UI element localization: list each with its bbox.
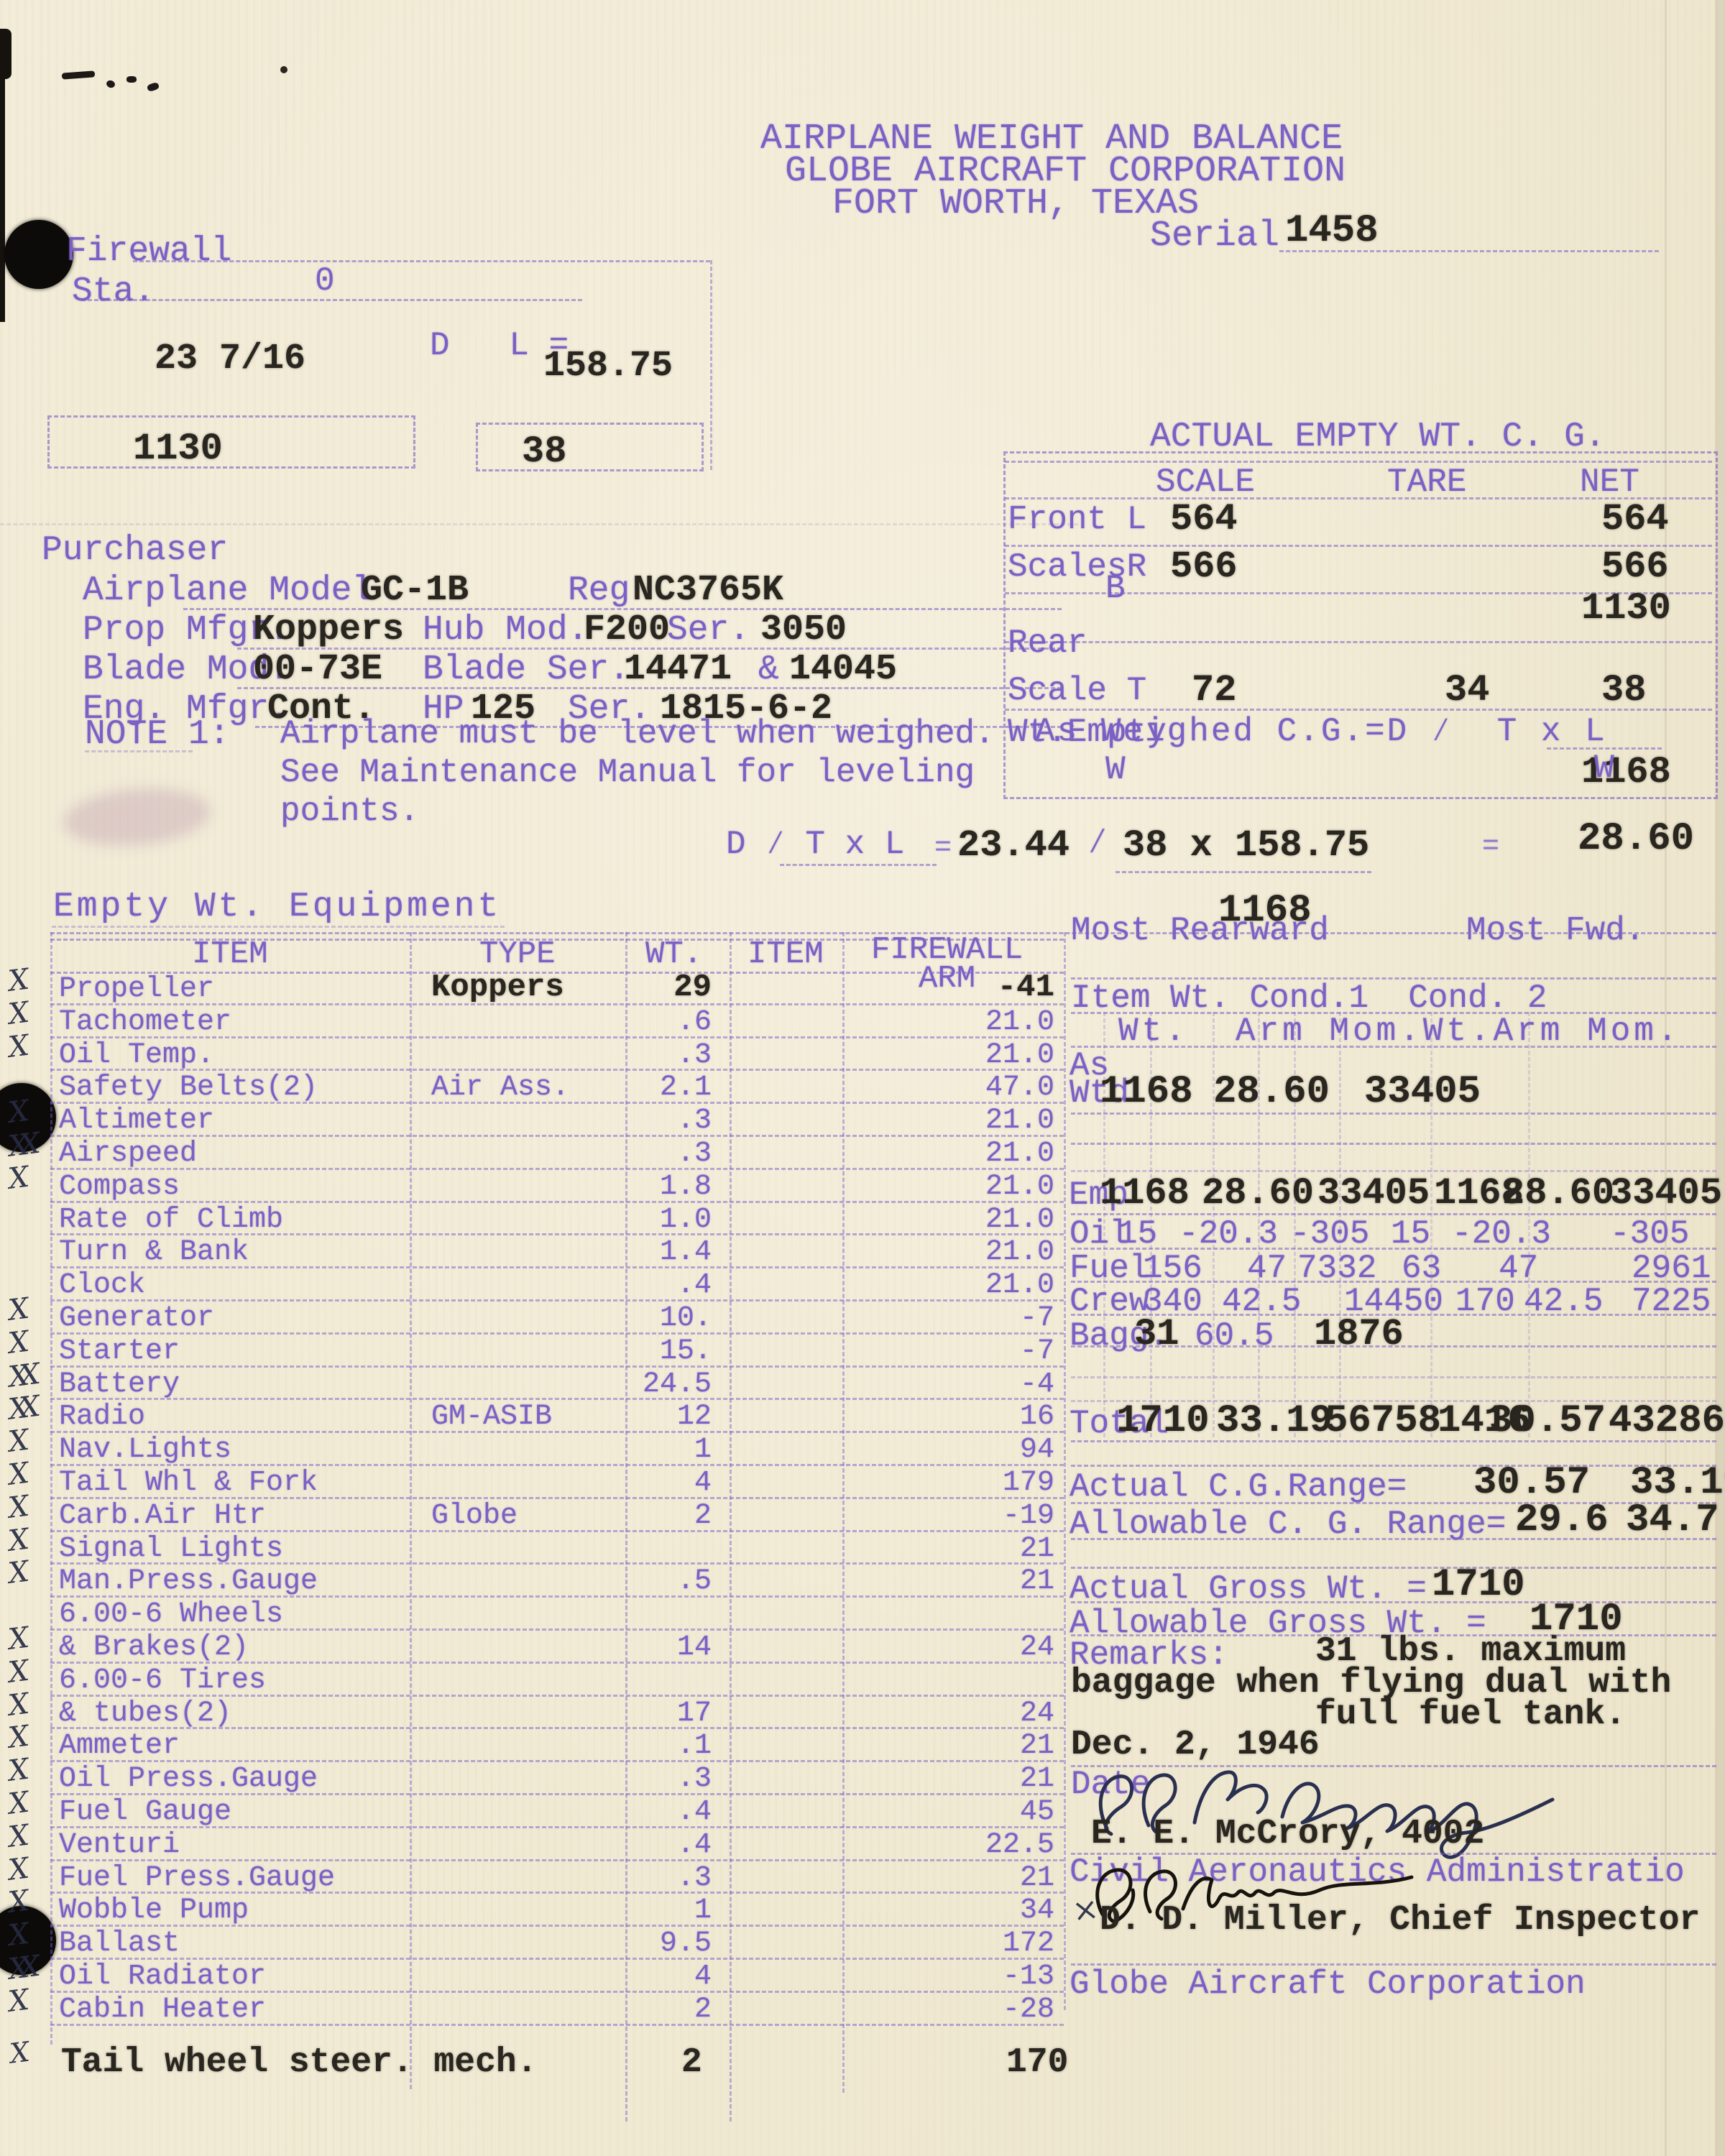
col-header-item2: ITEM <box>747 939 824 972</box>
cond-rule-k <box>1071 1345 1716 1347</box>
weight-cell: .3 <box>618 1106 712 1136</box>
equipment-row: X Propeller Koppers 29 -41 <box>50 972 1064 1005</box>
most-rearward-header: Most Rearward <box>1071 914 1329 949</box>
emp-wt1: 1168 <box>1100 1174 1190 1213</box>
formula-eq1: = <box>934 834 952 864</box>
check-mark: X <box>7 1756 22 1787</box>
item-cell: Cabin Heater <box>59 1995 266 2025</box>
arm-cell: 34 <box>842 1896 1054 1926</box>
equipment-row: XX Battery 24.5 -4 <box>50 1368 1064 1401</box>
equipment-row: X Starter 15. -7 <box>50 1335 1064 1368</box>
cond-rule-n <box>1071 1440 1716 1442</box>
org-name: Globe Aircraft Corporation <box>1069 1968 1586 2002</box>
item-cell: Airspeed <box>59 1139 197 1169</box>
total-arm2: 30.57 <box>1489 1401 1606 1442</box>
check-mark: X <box>7 1559 22 1590</box>
weight-cell: .6 <box>618 1008 712 1038</box>
weight-cell: .5 <box>618 1567 712 1597</box>
weight-cell: .3 <box>618 1864 712 1894</box>
weight-cell: 9.5 <box>618 1929 712 1959</box>
equipment-row: X Carb.Air Htr Globe 2 -19 <box>50 1499 1064 1532</box>
cond-rule-l <box>1071 1376 1716 1378</box>
arm-cell: 21 <box>842 1864 1054 1894</box>
diagram-vertical-line <box>710 260 712 470</box>
front-l-label: Front L <box>1008 503 1146 538</box>
check-mark: X <box>7 1032 22 1063</box>
weight-cell: .3 <box>618 1139 712 1169</box>
equipment-row: Turn & Bank 1.4 21.0 <box>50 1235 1064 1268</box>
col-header-item: ITEM <box>192 939 268 972</box>
arm-cell: 21.0 <box>842 1205 1054 1235</box>
sum-rule-d <box>1071 1567 1716 1569</box>
scale-t-net: 38 <box>1601 671 1646 710</box>
bagg-mom1: 1876 <box>1314 1315 1404 1354</box>
weight-cell: .3 <box>618 1041 712 1071</box>
arm-cell: -4 <box>842 1370 1054 1400</box>
equipment-rows: X Propeller Koppers 29 -41 X Tachometer … <box>50 972 1064 2026</box>
item-cell: Ballast <box>59 1929 180 1959</box>
equipment-row: X Compass 1.8 21.0 <box>50 1170 1064 1203</box>
arm-cell: 21 <box>842 1764 1054 1795</box>
cond-rule-e <box>1071 1143 1716 1145</box>
scales-r-net: 566 <box>1601 548 1669 586</box>
note-underline <box>85 750 193 752</box>
check-mark: X <box>7 1624 22 1655</box>
scale-t-label: Scale T <box>1008 674 1146 709</box>
equipment-row: X Fuel Gauge .4 45 <box>50 1795 1064 1828</box>
formula-lhs-underline <box>780 864 937 866</box>
scan-edge-strip <box>0 63 5 322</box>
equipment-row: Clock .4 21.0 <box>50 1268 1064 1302</box>
cond-header1: Item Wt. Cond.1 Cond. 2 <box>1071 982 1547 1016</box>
item-cell: 6.00-6 Tires <box>59 1666 266 1696</box>
bagg-wt1: 31 <box>1134 1315 1179 1354</box>
front-net-value: 1130 <box>133 430 223 469</box>
arm-cell: 21.0 <box>842 1008 1054 1038</box>
tare-col-header: TARE <box>1387 466 1466 500</box>
hub-mod-label: Hub Mod. <box>423 613 588 649</box>
check-mark: X <box>7 1295 22 1326</box>
arm-cell: 47.0 <box>842 1073 1054 1103</box>
check-mark: X <box>7 1855 22 1886</box>
arm-cell: 16 <box>842 1402 1054 1432</box>
weight-cell: 2 <box>618 1501 712 1531</box>
sum-rule-b <box>1071 1502 1716 1504</box>
as-wtd-wt: 1168 <box>1100 1072 1193 1112</box>
prop-mfgr-value: Koppers <box>253 612 404 649</box>
item-cell: Safety Belts(2) <box>59 1073 318 1103</box>
weight-cell: 15. <box>618 1337 712 1367</box>
item-cell: Nav.Lights <box>59 1435 231 1465</box>
blade-mod-value: 00-73E <box>253 651 382 688</box>
sta-zero-value: 0 <box>315 264 335 299</box>
allowable-cg-value1: 29.6 <box>1515 1501 1609 1541</box>
arm-cell: -7 <box>842 1304 1054 1334</box>
airplane-model-label: Airplane Model <box>83 573 372 609</box>
equipment-row: X Generator 10. -7 <box>50 1302 1064 1335</box>
emp-arm2: 28.60 <box>1502 1174 1614 1213</box>
allowable-cg-label: Allowable C. G. Range= <box>1069 1508 1506 1542</box>
check-mark: XX <box>7 1360 33 1393</box>
weight-cell: 1.4 <box>618 1238 712 1268</box>
table-border-right <box>1064 932 1066 2010</box>
w-row-label: W <box>1105 753 1126 788</box>
pen-mark <box>126 76 137 83</box>
rear-net-box <box>476 423 704 471</box>
type-cell: GM-ASIB <box>431 1402 552 1432</box>
item-cell: Compass <box>59 1172 180 1202</box>
emp-mom2: 33405 <box>1610 1174 1722 1213</box>
cond-rule-d <box>1071 1112 1716 1115</box>
equipment-row: X Signal Lights 21 <box>50 1532 1064 1565</box>
arm-cell: -19 <box>842 1501 1054 1531</box>
inspector2-name: D. D. Miller, Chief Inspector <box>1100 1903 1700 1939</box>
note-line3: points. <box>280 795 419 829</box>
most-fwd-header: Most Fwd. <box>1466 914 1644 949</box>
arm-cell: -7 <box>842 1337 1054 1367</box>
equipment-row: XX Oil Radiator 4 -13 <box>50 1960 1064 1993</box>
weight-cell: 2.1 <box>618 1073 712 1103</box>
equipment-row: X Tachometer .6 21.0 <box>50 1005 1064 1038</box>
wheelbase-dim-value: 23 7/16 <box>155 341 305 378</box>
serial-value: 1458 <box>1285 211 1379 252</box>
col-header-wt: WT. <box>645 939 702 972</box>
col-header-type: TYPE <box>479 939 556 972</box>
check-mark: XX <box>7 1130 33 1162</box>
weight-cell: 17 <box>618 1699 712 1729</box>
item-cell: Battery <box>59 1370 180 1400</box>
item-cell: Wobble Pump <box>59 1896 249 1926</box>
punch-hole-top <box>4 220 73 289</box>
weight-cell: 4 <box>618 1468 712 1498</box>
hub-mod-value: F200 <box>584 612 670 649</box>
total-wt1: 1710 <box>1116 1401 1210 1442</box>
blade-ser-value1: 14471 <box>624 651 732 688</box>
arm-cell: -41 <box>842 972 1054 1005</box>
total-arm1: 33.19 <box>1216 1401 1333 1442</box>
item-cell: Venturi <box>59 1830 180 1861</box>
serial-label: Serial <box>1150 218 1279 255</box>
formula-slash: ∕ <box>1087 825 1108 862</box>
firewall-label: Firewall <box>66 234 231 270</box>
weight-cell: 2 <box>618 1995 712 2025</box>
check-mark: X <box>7 1493 22 1524</box>
total-mom2: 43286 <box>1609 1401 1725 1442</box>
arm-cell: 21 <box>842 1567 1054 1597</box>
arm-cell: 21.0 <box>842 1271 1054 1301</box>
equipment-row: Safety Belts(2) Air Ass. 2.1 47.0 <box>50 1071 1064 1104</box>
equipment-row: XX Airspeed .3 21.0 <box>50 1137 1064 1170</box>
allowable-cg-value2: 34.7 <box>1626 1501 1719 1541</box>
equipment-title-underline <box>52 926 505 928</box>
equipment-title: Empty Wt. Equipment <box>53 890 501 926</box>
reg-value: NC3765K <box>632 572 783 609</box>
crease-line <box>0 523 1078 525</box>
item-cell: Radio <box>59 1402 145 1432</box>
total-mom1: 56758 <box>1325 1401 1441 1442</box>
type-cell: Koppers <box>431 972 564 1005</box>
item-cell: Tachometer <box>59 1008 231 1038</box>
equipment-row: X Cabin Heater 2 -28 <box>50 1993 1064 2026</box>
remarks-line3: full fuel tank. <box>1315 1697 1626 1733</box>
weight-cell: .4 <box>618 1830 712 1861</box>
front-l-net: 564 <box>1601 500 1669 539</box>
equipment-row: X Ammeter .1 21 <box>50 1729 1064 1762</box>
diagram-line-top <box>133 260 710 262</box>
weight-cell: .3 <box>618 1764 712 1795</box>
weight-and-balance-form: AIRPLANE WEIGHT AND BALANCE GLOBE AIRCRA… <box>0 0 1725 2156</box>
arm-cell: 45 <box>842 1797 1054 1828</box>
check-mark: X <box>7 1328 22 1359</box>
equipment-row: XX Radio GM-ASIB 12 16 <box>50 1400 1064 1433</box>
scale-rule-4 <box>1005 641 1712 643</box>
equipment-row: 6.00-6 Wheels <box>50 1598 1064 1631</box>
handwritten-cross: × <box>1070 1894 1091 1928</box>
stamp-smudge <box>61 783 213 852</box>
dl-dim-value: 158.75 <box>543 348 673 385</box>
arm-cell: -28 <box>842 1995 1054 2025</box>
pen-mark <box>147 82 160 92</box>
weight-cell: 1.0 <box>618 1205 712 1235</box>
tailwheel-arm: 170 <box>1006 2045 1068 2081</box>
weight-cell: 1 <box>618 1896 712 1926</box>
as-weighed-denominator: W <box>1594 752 1614 786</box>
as-wtd-mom: 33405 <box>1364 1072 1481 1112</box>
equipment-row: X Man.Press.Gauge .5 21 <box>50 1565 1064 1598</box>
oil-mom2: -305 <box>1610 1217 1689 1252</box>
check-mark: X <box>7 1526 22 1557</box>
arm-cell: 24 <box>842 1633 1054 1663</box>
item-cell: Propeller <box>59 975 214 1005</box>
equipment-row: X & Brakes(2) 14 24 <box>50 1631 1064 1664</box>
arm-cell: 22.5 <box>842 1830 1054 1861</box>
item-cell: Starter <box>59 1337 180 1367</box>
formula-fraction-line <box>1115 871 1371 873</box>
weight-cell: 14 <box>618 1633 712 1663</box>
item-cell: Signal Lights <box>59 1534 283 1565</box>
arm-cell: 24 <box>842 1699 1054 1729</box>
front-net-box <box>47 415 415 469</box>
scan-corner-mark <box>0 29 11 79</box>
date-value: Dec. 2, 1946 <box>1071 1728 1320 1764</box>
blade-ser-amp: & <box>758 653 779 688</box>
sta-label: Sta. <box>72 275 155 310</box>
weight-cell: .4 <box>618 1797 712 1828</box>
arm-cell: -13 <box>842 1962 1054 1992</box>
emp-arm1: 28.60 <box>1202 1174 1314 1213</box>
item-cell: 6.00-6 Wheels <box>59 1600 283 1630</box>
oil-wt2: 15 <box>1391 1217 1430 1252</box>
hub-ser-label: Ser. <box>667 613 750 649</box>
hub-ser-value: 3050 <box>760 612 847 649</box>
pen-mark <box>106 79 116 89</box>
item-cell: Clock <box>59 1271 145 1301</box>
note-line1: Airplane must be level when weighed. <box>280 717 995 752</box>
equipment-row: X Fuel Press.Gauge .3 21 <box>50 1861 1064 1894</box>
note-label: NOTE 1: <box>85 717 230 753</box>
pen-mark <box>62 70 96 79</box>
rear-net-value: 38 <box>522 433 566 471</box>
item-cell: Generator <box>59 1304 214 1334</box>
airplane-model-value: GC-1B <box>361 572 469 609</box>
item-cell: Turn & Bank <box>59 1238 249 1268</box>
purchaser-label: Purchaser <box>42 533 228 569</box>
as-wtd-arm: 28.60 <box>1213 1072 1330 1112</box>
item-cell: Oil Press.Gauge <box>59 1764 318 1795</box>
oil-arm1: -20.3 <box>1179 1217 1278 1252</box>
form-title-line3: FORT WORTH, TEXAS <box>832 185 1199 223</box>
paper-edge-shade <box>1715 0 1725 2156</box>
type-cell: Globe <box>431 1501 517 1531</box>
scales-r-scale: 566 <box>1170 548 1238 586</box>
item-cell: Ammeter <box>59 1731 180 1761</box>
equipment-row: X Altimeter .3 21.0 <box>50 1104 1064 1137</box>
front-l-scale: 564 <box>1170 500 1238 539</box>
arm-cell: 21.0 <box>842 1041 1054 1071</box>
scale-t-tare: 34 <box>1445 671 1489 710</box>
arm-cell: 21.0 <box>842 1238 1054 1268</box>
pen-mark <box>280 66 287 73</box>
scale-t-scale: 72 <box>1192 671 1236 710</box>
formula-n2: 38 x 158.75 <box>1123 826 1369 865</box>
check-mark: X <box>7 999 22 1030</box>
equipment-row: Rate of Climb 1.0 21.0 <box>50 1203 1064 1236</box>
b-row-label: B <box>1105 572 1126 607</box>
arm-cell: 21 <box>842 1731 1054 1761</box>
check-mark: X <box>7 1789 22 1820</box>
note-line2: See Maintenance Manual for leveling <box>280 756 975 791</box>
item-cell: Fuel Press.Gauge <box>59 1864 335 1894</box>
item-cell: & tubes(2) <box>59 1699 231 1729</box>
check-mark: X <box>7 1723 22 1754</box>
item-cell: Oil Temp. <box>59 1041 214 1071</box>
arm-cell: 21 <box>842 1534 1054 1565</box>
weight-cell: 12 <box>618 1402 712 1432</box>
scale-rule-5 <box>1005 709 1712 711</box>
rear-label: Rear <box>1008 627 1087 661</box>
equipment-row: X Oil Press.Gauge .3 21 <box>50 1762 1064 1795</box>
emp-mom1: 33405 <box>1317 1174 1430 1213</box>
equipment-row: X Nav.Lights 1 94 <box>50 1433 1064 1466</box>
scale-table-topline2 <box>1005 461 1712 463</box>
bagg-arm1: 60.5 <box>1195 1319 1274 1354</box>
weight-cell: 10. <box>618 1304 712 1334</box>
equipment-row: X Tail Whl & Fork 4 179 <box>50 1466 1064 1499</box>
scale-col-header: SCALE <box>1156 466 1255 500</box>
oil-arm2: -20.3 <box>1452 1217 1551 1252</box>
serial-underline <box>1279 250 1659 252</box>
check-mark: X <box>7 1164 22 1194</box>
equipment-row: X Oil Temp. .3 21.0 <box>50 1038 1064 1072</box>
item-cell: Oil Radiator <box>59 1962 266 1992</box>
equipment-row: X & tubes(2) 17 24 <box>50 1697 1064 1730</box>
formula-eq2: = <box>1482 832 1499 862</box>
check-mark: XX <box>7 1953 33 1985</box>
paper-crease <box>1665 0 1667 2156</box>
check-mark-tailwheel: X <box>9 2039 22 2068</box>
sum-rule-a <box>1071 1465 1716 1467</box>
item-cell: Altimeter <box>59 1106 214 1136</box>
formula-lhs: D ∕ T x L <box>726 828 904 862</box>
tailwheel-wt: 2 <box>681 2045 702 2081</box>
arm-cell: 94 <box>842 1435 1054 1465</box>
reg-label: Reg <box>568 573 630 609</box>
check-mark: X <box>7 1657 22 1688</box>
scale-table-title: ACTUAL EMPTY WT. C. G. <box>1150 420 1606 456</box>
formula-n1: 23.44 <box>957 826 1069 865</box>
arm-cell: 21.0 <box>842 1172 1054 1202</box>
item-cell: Man.Press.Gauge <box>59 1567 318 1597</box>
weight-cell: .1 <box>618 1731 712 1761</box>
check-mark: X <box>7 1427 22 1457</box>
diagram-line-sta <box>81 299 582 301</box>
arm-cell: 21.0 <box>842 1139 1054 1169</box>
equipment-row: X Ballast 9.5 172 <box>50 1927 1064 1960</box>
cond-header2: Wt. Arm Mom.Wt.Arm Mom. <box>1118 1015 1681 1049</box>
actual-cg-value1: 30.57 <box>1473 1463 1590 1503</box>
check-mark: XX <box>7 1393 33 1426</box>
net-col-header: NET <box>1580 466 1639 500</box>
weight-cell: 4 <box>618 1962 712 1992</box>
weight-cell: 24.5 <box>618 1370 712 1400</box>
equipment-row: X Wobble Pump 1 34 <box>50 1894 1064 1927</box>
equipment-row: X 6.00-6 Tires <box>50 1664 1064 1697</box>
item-cell: & Brakes(2) <box>59 1633 249 1663</box>
item-cell: Carb.Air Htr <box>59 1501 266 1531</box>
cond-rule-c <box>1071 1046 1716 1048</box>
oil-wt1: 15 <box>1118 1217 1157 1252</box>
actual-gross-value: 1710 <box>1432 1565 1525 1606</box>
arm-cell: 172 <box>842 1929 1054 1959</box>
blade-ser-value2: 14045 <box>789 651 897 688</box>
actual-cg-value2: 33.19 <box>1630 1463 1725 1503</box>
as-weighed-formula: As Weighed C.G.=D ∕ T x L <box>1035 715 1607 750</box>
weight-cell: 1 <box>618 1435 712 1465</box>
item-cell: Rate of Climb <box>59 1205 283 1235</box>
sum-rule-c <box>1071 1538 1716 1540</box>
check-mark: X <box>7 1690 22 1721</box>
tailwheel-item: Tail wheel steer. mech. <box>61 2045 538 2081</box>
equipment-row: X Venturi .4 22.5 <box>50 1828 1064 1861</box>
inspector1-name: E. E. McCrory, 4002 <box>1091 1817 1484 1853</box>
scales-r-label: ScalesR <box>1008 550 1146 585</box>
check-mark: X <box>7 1986 22 2017</box>
weight-cell: 1.8 <box>618 1172 712 1202</box>
check-mark: X <box>7 1460 22 1491</box>
arm-cell: 21.0 <box>842 1106 1054 1136</box>
item-cell: Fuel Gauge <box>59 1797 231 1828</box>
b-row-net: 1130 <box>1581 589 1671 628</box>
blade-ser-label: Blade Ser. <box>423 653 630 688</box>
type-cell: Air Ass. <box>431 1073 569 1103</box>
check-mark: X <box>7 966 22 997</box>
formula-result: 28.60 <box>1578 819 1694 860</box>
arm-cell: 179 <box>842 1468 1054 1498</box>
weight-cell: 29 <box>618 972 712 1005</box>
actual-cg-label: Actual C.G.Range= <box>1069 1470 1407 1505</box>
oil-mom1: -305 <box>1290 1217 1369 1252</box>
weight-cell: .4 <box>618 1271 712 1301</box>
check-mark: X <box>7 1822 22 1853</box>
item-cell: Tail Whl & Fork <box>59 1468 318 1498</box>
